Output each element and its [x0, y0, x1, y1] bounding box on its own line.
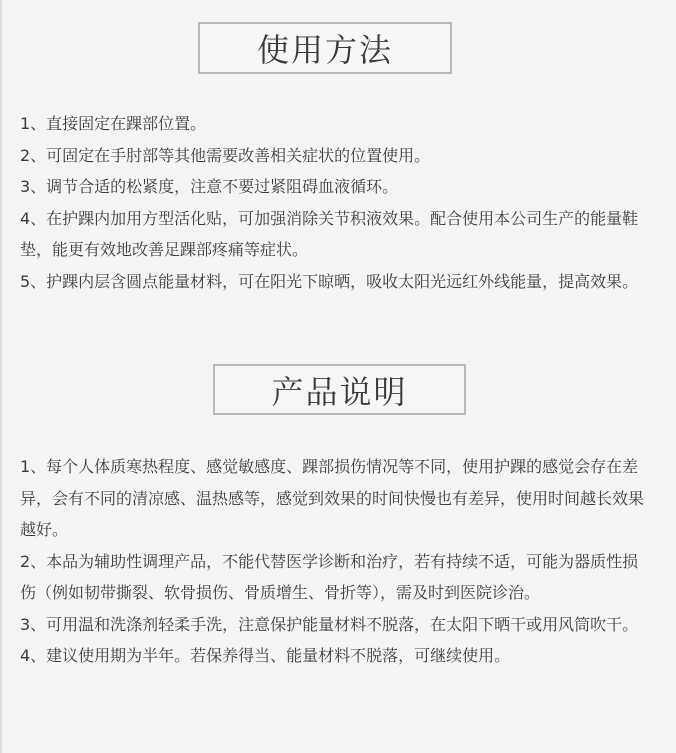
usage-item: 1、直接固定在踝部位置。 [20, 108, 650, 140]
description-item: 3、可用温和洗涤剂轻柔手洗，注意保护能量材料不脱落，在太阳下晒干或用风筒吹干。 [20, 609, 650, 641]
usage-item: 3、调节合适的松紧度，注意不要过紧阻碍血液循环。 [20, 171, 650, 203]
usage-heading: 使用方法 [198, 22, 452, 74]
description-item: 2、本品为辅助性调理产品，不能代替医学诊断和治疗，若有持续不适，可能为器质性损伤… [20, 546, 650, 609]
description-heading: 产品说明 [213, 364, 466, 415]
description-item: 1、每个人体质寒热程度、感觉敏感度、踝部损伤情况等不同，使用护踝的感觉会存在差异… [20, 451, 650, 546]
usage-list: 1、直接固定在踝部位置。 2、可固定在手肘部等其他需要改善相关症状的位置使用。 … [20, 108, 650, 297]
usage-item: 2、可固定在手肘部等其他需要改善相关症状的位置使用。 [20, 140, 650, 172]
usage-item: 5、护踝内层含圆点能量材料，可在阳光下晾晒，吸收太阳光远红外线能量，提高效果。 [20, 266, 650, 298]
description-item: 4、建议使用期为半年。若保养得当、能量材料不脱落，可继续使用。 [20, 640, 650, 672]
description-list: 1、每个人体质寒热程度、感觉敏感度、踝部损伤情况等不同，使用护踝的感觉会存在差异… [20, 451, 650, 672]
left-border [0, 0, 2, 753]
usage-item: 4、在护踝内加用方型活化贴，可加强消除关节积液效果。配合使用本公司生产的能量鞋垫… [20, 203, 650, 266]
